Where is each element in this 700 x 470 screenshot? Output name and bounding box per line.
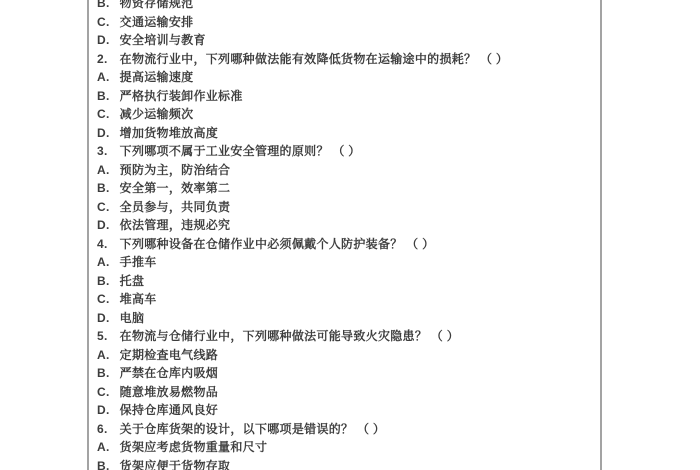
line-text: 全员参与，共同负责	[120, 200, 231, 214]
quiz-line: A. 手推车	[97, 253, 597, 272]
line-text: 安全第一，效率第二	[120, 181, 231, 195]
quiz-line: A. 预防为主，防治结合	[97, 161, 597, 180]
line-text: 在物流与仓储行业中，下列哪种做法可能导致火灾隐患？ （ ）	[120, 329, 459, 343]
quiz-line: D. 电脑	[97, 309, 597, 328]
option-label: A.	[97, 346, 111, 365]
line-text: 下列哪项不属于工业安全管理的原则？ （ ）	[120, 144, 361, 158]
option-label: A.	[97, 161, 111, 180]
quiz-line: 4. 下列哪种设备在仓储作业中必须佩戴个人防护装备？ （ ）	[97, 235, 597, 254]
option-label: D.	[97, 401, 111, 420]
option-label: C.	[97, 105, 111, 124]
option-label: B.	[97, 0, 111, 13]
quiz-line: 6. 关于仓库货架的设计，以下哪项是错误的？ （ ）	[97, 420, 597, 439]
line-text: 随意堆放易燃物品	[120, 385, 218, 399]
option-label: C.	[97, 383, 111, 402]
line-text: 交通运输安排	[120, 15, 194, 29]
line-text: 电脑	[120, 311, 145, 325]
page-left-border	[87, 0, 89, 470]
option-label: B.	[97, 179, 111, 198]
line-text: 严格执行装卸作业标准	[120, 89, 243, 103]
quiz-line: B. 严格执行装卸作业标准	[97, 87, 597, 106]
line-text: 堆高车	[120, 292, 157, 306]
line-text: 增加货物堆放高度	[120, 126, 218, 140]
option-label: D.	[97, 31, 111, 50]
option-label: 5.	[97, 327, 111, 346]
quiz-line: C. 随意堆放易燃物品	[97, 383, 597, 402]
line-text: 安全培训与教育	[120, 33, 206, 47]
option-label: A.	[97, 253, 111, 272]
option-label: A.	[97, 438, 111, 457]
line-text: 减少运输频次	[120, 107, 194, 121]
line-text: 在物流行业中，下列哪种做法能有效降低货物在运输途中的损耗？ （ ）	[120, 52, 509, 66]
line-text: 关于仓库货架的设计，以下哪项是错误的？ （ ）	[120, 422, 386, 436]
quiz-line: D. 增加货物堆放高度	[97, 124, 597, 143]
quiz-line: B. 安全第一，效率第二	[97, 179, 597, 198]
option-label: D.	[97, 309, 111, 328]
quiz-line: 2. 在物流行业中，下列哪种做法能有效降低货物在运输途中的损耗？ （ ）	[97, 50, 597, 69]
option-label: D.	[97, 124, 111, 143]
page-right-border	[600, 0, 602, 470]
option-label: 2.	[97, 50, 111, 69]
line-text: 定期检查电气线路	[120, 348, 218, 362]
line-text: 预防为主，防治结合	[120, 163, 231, 177]
quiz-line: C. 堆高车	[97, 290, 597, 309]
line-text: 货架应便于货物存取	[120, 459, 231, 470]
quiz-page: B. 物资存储规范 C. 交通运输安排 D. 安全培训与教育 2. 在物流行业中…	[97, 0, 597, 470]
quiz-line: D. 依法管理，违规必究	[97, 216, 597, 235]
line-text: 手推车	[120, 255, 157, 269]
line-text: 保持仓库通风良好	[120, 403, 218, 417]
line-text: 货架应考虑货物重量和尺寸	[120, 440, 268, 454]
quiz-line: D. 保持仓库通风良好	[97, 401, 597, 420]
option-label: D.	[97, 216, 111, 235]
option-label: 3.	[97, 142, 111, 161]
quiz-line: A. 定期检查电气线路	[97, 346, 597, 365]
quiz-line: 3. 下列哪项不属于工业安全管理的原则？ （ ）	[97, 142, 597, 161]
document-viewer: B. 物资存储规范 C. 交通运输安排 D. 安全培训与教育 2. 在物流行业中…	[0, 0, 700, 470]
line-text: 托盘	[120, 274, 145, 288]
quiz-line: A. 提高运输速度	[97, 68, 597, 87]
quiz-line: A. 货架应考虑货物重量和尺寸	[97, 438, 597, 457]
option-label: B.	[97, 364, 111, 383]
line-text: 提高运输速度	[120, 70, 194, 84]
quiz-line: C. 交通运输安排	[97, 13, 597, 32]
quiz-line: 5. 在物流与仓储行业中，下列哪种做法可能导致火灾隐患？ （ ）	[97, 327, 597, 346]
quiz-line: B. 物资存储规范	[97, 0, 597, 13]
quiz-line: C. 减少运输频次	[97, 105, 597, 124]
option-label: C.	[97, 13, 111, 32]
line-text: 依法管理，违规必究	[120, 218, 231, 232]
line-text: 下列哪种设备在仓储作业中必须佩戴个人防护装备？ （ ）	[120, 237, 435, 251]
option-label: 6.	[97, 420, 111, 439]
option-label: B.	[97, 87, 111, 106]
quiz-line: B. 托盘	[97, 272, 597, 291]
option-label: C.	[97, 290, 111, 309]
option-label: C.	[97, 198, 111, 217]
quiz-line: B. 货架应便于货物存取	[97, 457, 597, 470]
option-label: 4.	[97, 235, 111, 254]
quiz-line: C. 全员参与，共同负责	[97, 198, 597, 217]
line-text: 物资存储规范	[120, 0, 194, 10]
quiz-line: B. 严禁在仓库内吸烟	[97, 364, 597, 383]
option-label: B.	[97, 457, 111, 470]
option-label: B.	[97, 272, 111, 291]
quiz-line: D. 安全培训与教育	[97, 31, 597, 50]
line-text: 严禁在仓库内吸烟	[120, 366, 218, 380]
option-label: A.	[97, 68, 111, 87]
